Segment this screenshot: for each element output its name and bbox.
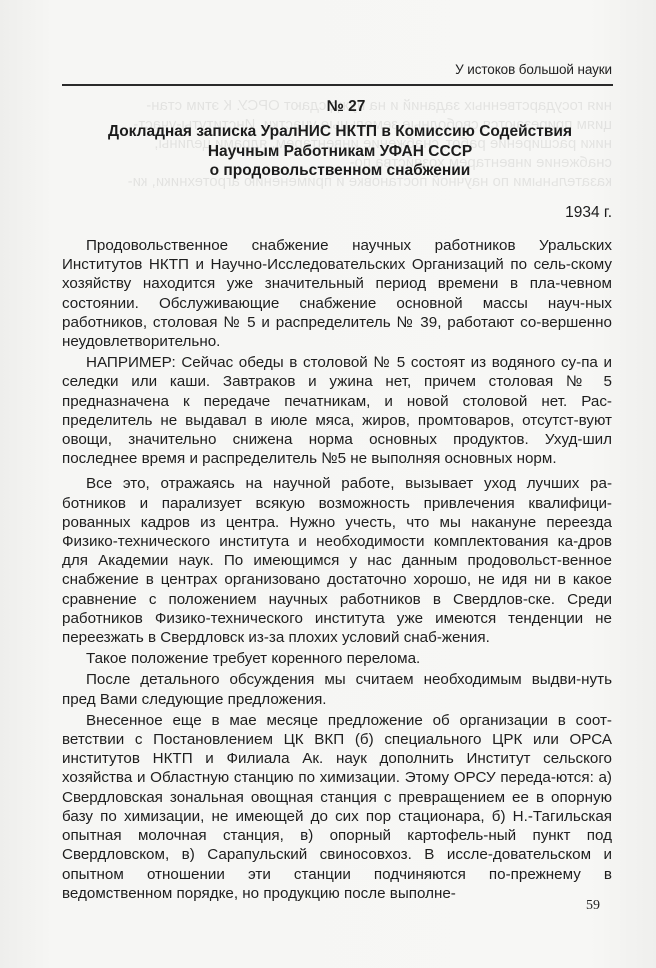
document-title-line: Научным Работникам УФАН СССР [70, 142, 610, 162]
paragraph: Продовольственное снабжение научных рабо… [62, 236, 612, 351]
paragraph: НАПРИМЕР: Сейчас обеды в столовой № 5 со… [62, 353, 612, 468]
paragraph: После детального обсуждения мы считаем н… [62, 670, 612, 708]
paragraph: Внесенное еще в мае месяце предложение о… [62, 711, 612, 903]
paragraph: Такое положение требует коренного перело… [62, 649, 612, 668]
book-page: ния государственных заданий и на нужд сд… [0, 0, 656, 968]
running-head: У истоков большой науки [440, 62, 612, 77]
document-number: № 27 [0, 98, 656, 116]
document-body: Продовольственное снабжение научных рабо… [62, 236, 612, 905]
header-rule [62, 84, 613, 86]
document-date: 1934 г. [565, 204, 612, 222]
page-number: 59 [586, 898, 600, 914]
document-title-line: Докладная записка УралНИС НКТП в Комисси… [70, 122, 610, 142]
document-title: Докладная записка УралНИС НКТП в Комисси… [70, 122, 610, 181]
document-title-line: о продовольственном снабжении [70, 161, 610, 181]
paragraph: Все это, отражаясь на научной работе, вы… [62, 474, 612, 647]
